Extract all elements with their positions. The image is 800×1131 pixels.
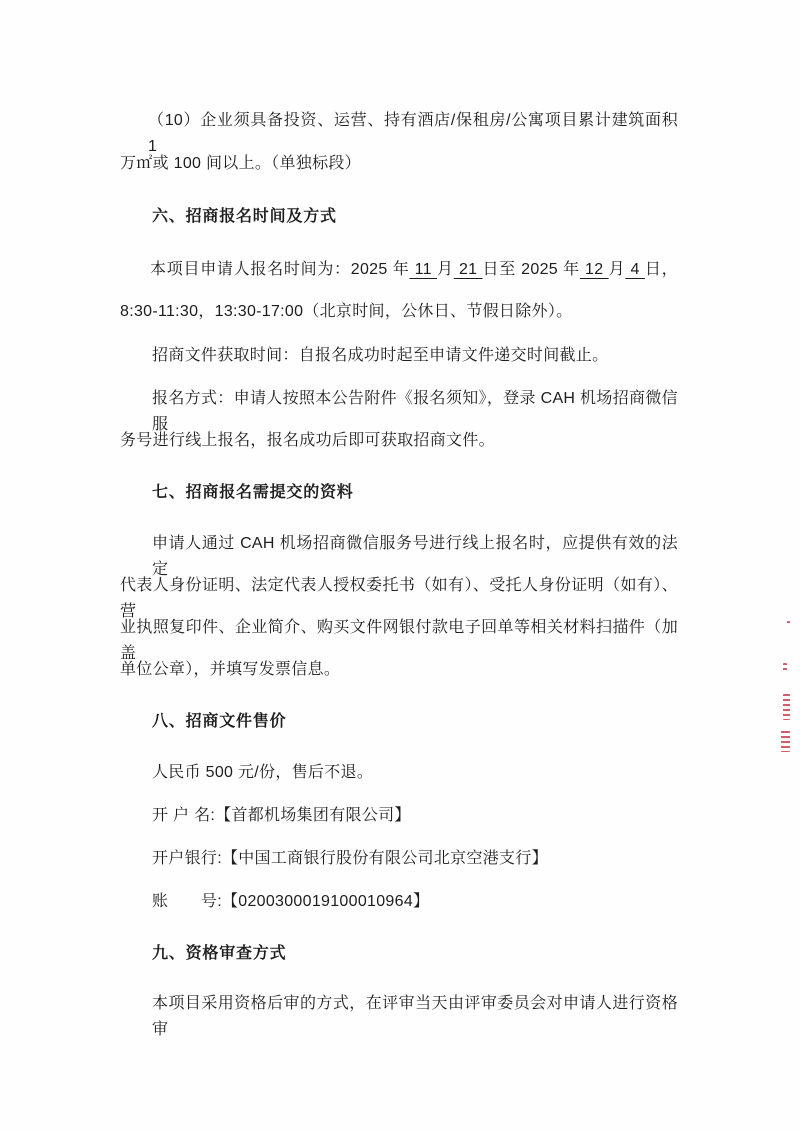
text-run: 招商文件获取时间：自报名成功时起至申请文件递交时间截止。 (152, 347, 608, 364)
underlined-text: 11 (409, 261, 437, 278)
text-line: 万㎡或 100 间以上。（单独标段） (120, 151, 361, 177)
text-run: 九、资格审查方式 (152, 945, 286, 962)
text-line: 招商文件获取时间：自报名成功时起至申请文件递交时间截止。 (152, 343, 608, 369)
text-line: 单位公章），并填写发票信息。 (120, 657, 340, 683)
scanned-document-page: （10）企业须具备投资、运营、持有酒店/保租房/公寓项目累计建筑面积 1万㎡或 … (0, 0, 800, 1131)
text-run: 六、招商报名时间及方式 (152, 208, 337, 225)
text-run: 业执照复印件、企业简介、购买文件网银付款电子回单等相关材料扫描件（加盖 (120, 619, 678, 662)
text-run: 日至 2025 年 (483, 261, 580, 278)
text-run: 万㎡或 100 间以上。（单独标段） (120, 155, 361, 172)
text-run: 八、招商文件售价 (152, 713, 286, 730)
underlined-text: 12 (580, 261, 609, 278)
text-line: 账 号:【0200300019100010964】 (152, 889, 429, 915)
text-line: 本项目申请人报名时间为：2025 年 11 月 21 日至 2025 年 12 … (150, 257, 678, 283)
text-line: 人民币 500 元/份，售后不退。 (152, 760, 373, 786)
text-line: 本项目采用资格后审的方式，在评审当天由评审委员会对申请人进行资格审 (152, 991, 678, 1043)
text-line: 开 户 名:【首都机场集团有限公司】 (152, 803, 411, 829)
text-line: 务号进行线上报名，报名成功后即可获取招商文件。 (120, 428, 495, 454)
text-run: （10）企业须具备投资、运营、持有酒店/保租房/公寓项目累计建筑面积 1 (148, 112, 678, 155)
text-run: 报名方式：申请人按照本公告附件《报名须知》，登录 CAH 机场招商微信服 (152, 390, 678, 433)
text-run: 单位公章），并填写发票信息。 (120, 661, 340, 678)
text-run: 日， (645, 261, 678, 278)
section-heading: 九、资格审查方式 (152, 941, 286, 967)
text-run: 申请人通过 CAH 机场招商微信服务号进行线上报名时，应提供有效的法定 (152, 535, 678, 578)
text-run: 开户银行:【中国工商银行股份有限公司北京空港支行】 (152, 850, 548, 867)
section-heading: 七、招商报名需提交的资料 (152, 480, 354, 506)
text-run: 账 号:【0200300019100010964】 (152, 893, 429, 910)
red-ink-mark (783, 663, 787, 671)
section-heading: 六、招商报名时间及方式 (152, 204, 337, 230)
text-line: 开户银行:【中国工商银行股份有限公司北京空港支行】 (152, 846, 548, 872)
red-ink-mark (787, 621, 790, 626)
text-run: 务号进行线上报名，报名成功后即可获取招商文件。 (120, 432, 495, 449)
red-ink-mark (781, 731, 790, 752)
text-run: 代表人身份证明、法定代表人授权委托书（如有）、受托人身份证明（如有）、营 (120, 577, 678, 620)
underlined-text: 21 (454, 261, 483, 278)
text-run: 8:30-11:30，13:30-17:00（北京时间，公休日、节假日除外）。 (120, 303, 572, 320)
underlined-text: 4 (625, 261, 645, 278)
text-run: 月 (437, 261, 454, 278)
text-run: 七、招商报名需提交的资料 (152, 484, 354, 501)
text-run: 人民币 500 元/份，售后不退。 (152, 764, 373, 781)
section-heading: 八、招商文件售价 (152, 709, 286, 735)
text-line: 8:30-11:30，13:30-17:00（北京时间，公休日、节假日除外）。 (120, 299, 572, 325)
text-run: 本项目采用资格后审的方式，在评审当天由评审委员会对申请人进行资格审 (152, 995, 678, 1038)
red-ink-mark (783, 694, 790, 720)
text-run: 月 (609, 261, 626, 278)
text-run: 开 户 名:【首都机场集团有限公司】 (152, 807, 411, 824)
text-run: 本项目申请人报名时间为：2025 年 (150, 261, 409, 278)
